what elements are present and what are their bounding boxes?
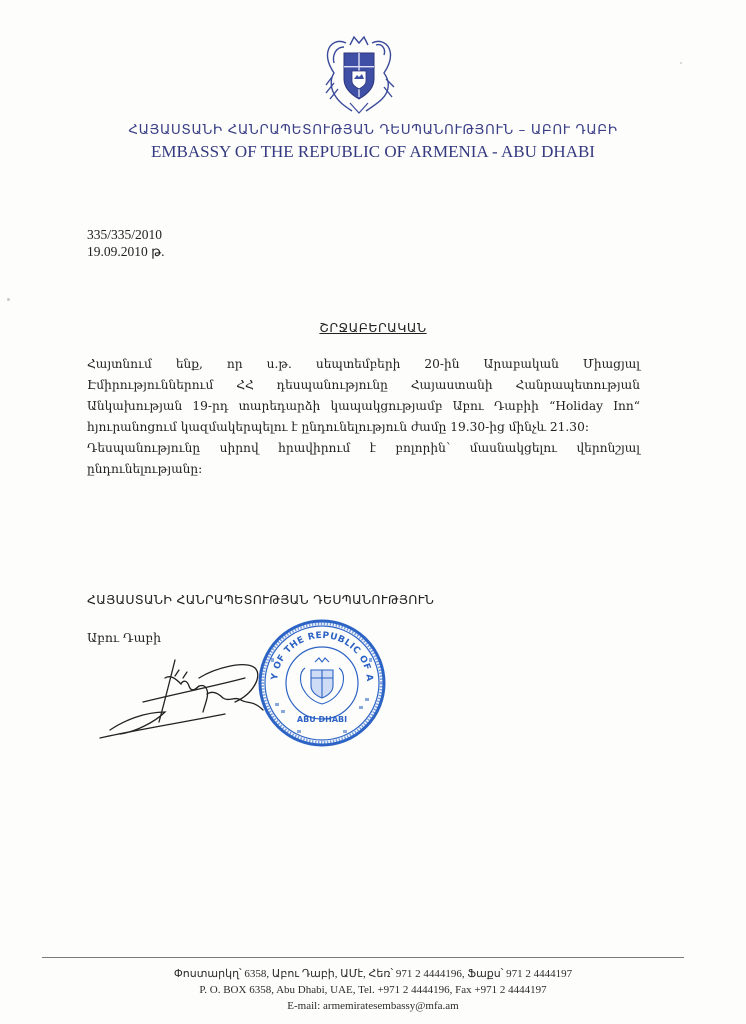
footer-divider — [42, 957, 684, 958]
signature-organization: ՀԱՅԱՍՏԱՆԻ ՀԱՆՐԱՊԵՏՈՒԹՅԱՆ ԴԵՍՊԱՆՈՒԹՅՈՒՆ — [87, 592, 434, 607]
scan-speck — [680, 62, 682, 64]
document-title: ՇՐՋԱԲԵՐԱԿԱՆ — [0, 320, 746, 335]
footer-line-english: P. O. BOX 6358, Abu Dhabi, UAE, Tel. +97… — [0, 982, 746, 998]
coat-of-arms-of-armenia-icon — [316, 33, 402, 117]
body-line: Հայտնում ենք, որ ս.թ. սեպտեմբերի 20-ին Ա… — [87, 354, 640, 375]
footer-line-armenian: Փոստարկղ՝ 6358, Աբու Դաբի, ԱՄէ, Հեռ՝ 971… — [0, 966, 746, 982]
letter-body: Հայտնում ենք, որ ս.թ. սեպտեմբերի 20-ին Ա… — [87, 354, 640, 480]
signature-city: Աբու Դաբի — [87, 630, 161, 645]
letterhead-title-armenian: ՀԱՅԱՍՏԱՆԻ ՀԱՆՐԱՊԵՏՈՒԹՅԱՆ ԴԵՍՊԱՆՈՒԹՅՈՒՆ –… — [0, 122, 746, 138]
official-seal-stamp-icon: EMBASSY OF THE REPUBLIC OF ARMENIA ABU D… — [257, 618, 387, 748]
body-line: հյուրանոցում կազմակերպելու է ընդունելութ… — [87, 417, 640, 438]
letter-page: ՀԱՅԱՍՏԱՆԻ ՀԱՆՐԱՊԵՏՈՒԹՅԱՆ ԴԵՍՊԱՆՈՒԹՅՈՒՆ –… — [0, 0, 746, 1024]
reference-date: 19.09.2010 թ. — [87, 243, 164, 260]
reference-block: 335/335/2010 19.09.2010 թ. — [87, 226, 164, 260]
svg-text:ABU DHABI: ABU DHABI — [297, 715, 347, 724]
body-line: ընդունելությանը: — [87, 459, 640, 480]
footer-contact: Փոստարկղ՝ 6358, Աբու Դաբի, ԱՄէ, Հեռ՝ 971… — [0, 966, 746, 1014]
footer-email: E-mail: armemiratesembassy@mfa.am — [0, 998, 746, 1014]
reference-number: 335/335/2010 — [87, 226, 164, 243]
letterhead-title-english: EMBASSY OF THE REPUBLIC OF ARMENIA - ABU… — [0, 142, 746, 162]
scan-speck — [7, 298, 10, 301]
body-line: Էմիրություններում ՀՀ դեսպանությունը Հայա… — [87, 375, 640, 396]
body-line: Անկախության 19-րդ տարեդարձի կապակցությամ… — [87, 396, 640, 417]
handwritten-signature-icon — [95, 650, 280, 745]
body-line: Դեսպանությունը սիրով հրավիրում է բոլորին… — [87, 438, 640, 459]
